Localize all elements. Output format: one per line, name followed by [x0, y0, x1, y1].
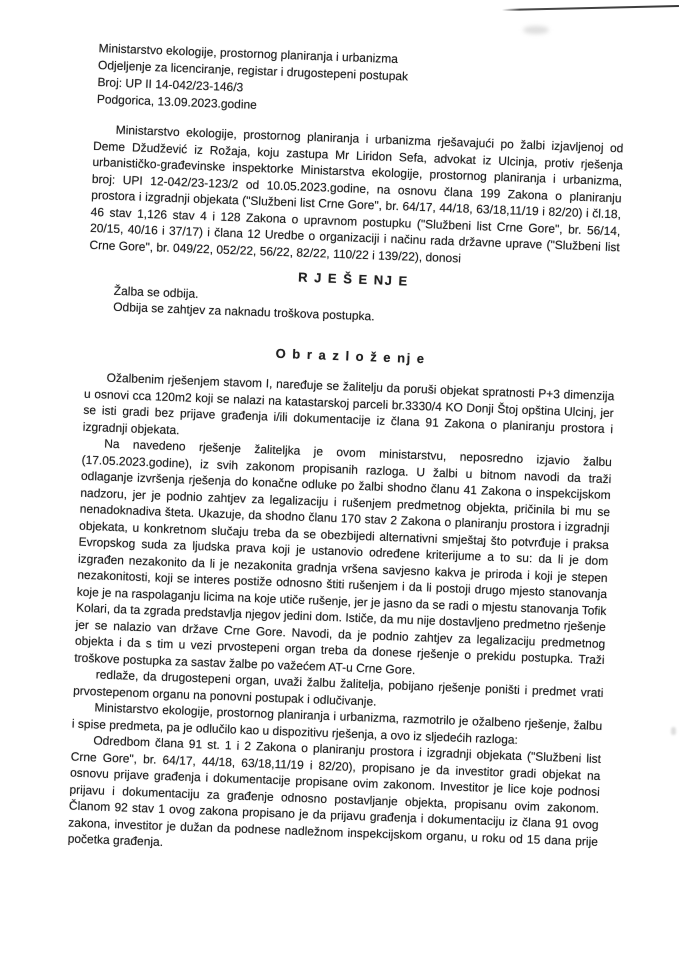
- scanned-document-page: Ministarstvo ekologije, prostornog plani…: [0, 0, 679, 960]
- scan-smudge-artifact: [523, 26, 549, 34]
- scan-edge-artifact-line: [502, 5, 679, 11]
- scan-speck-artifact: [671, 727, 676, 735]
- document-text-block: Ministarstvo ekologije, prostornog plani…: [67, 40, 626, 866]
- explanation-paragraph-5: Odredbom člana 91 st. 1 i 2 Zakona o pla…: [67, 732, 601, 867]
- explanation-title: O b r a z l o ž e nj e: [85, 338, 615, 374]
- explanation-paragraph-2: Na navedeno rješenje žaliteljka je ovom …: [74, 435, 612, 685]
- document-letterhead: Ministarstvo ekologije, prostornog plani…: [97, 40, 627, 127]
- intro-paragraph: Ministarstvo ekologije, prostornog plani…: [89, 121, 623, 272]
